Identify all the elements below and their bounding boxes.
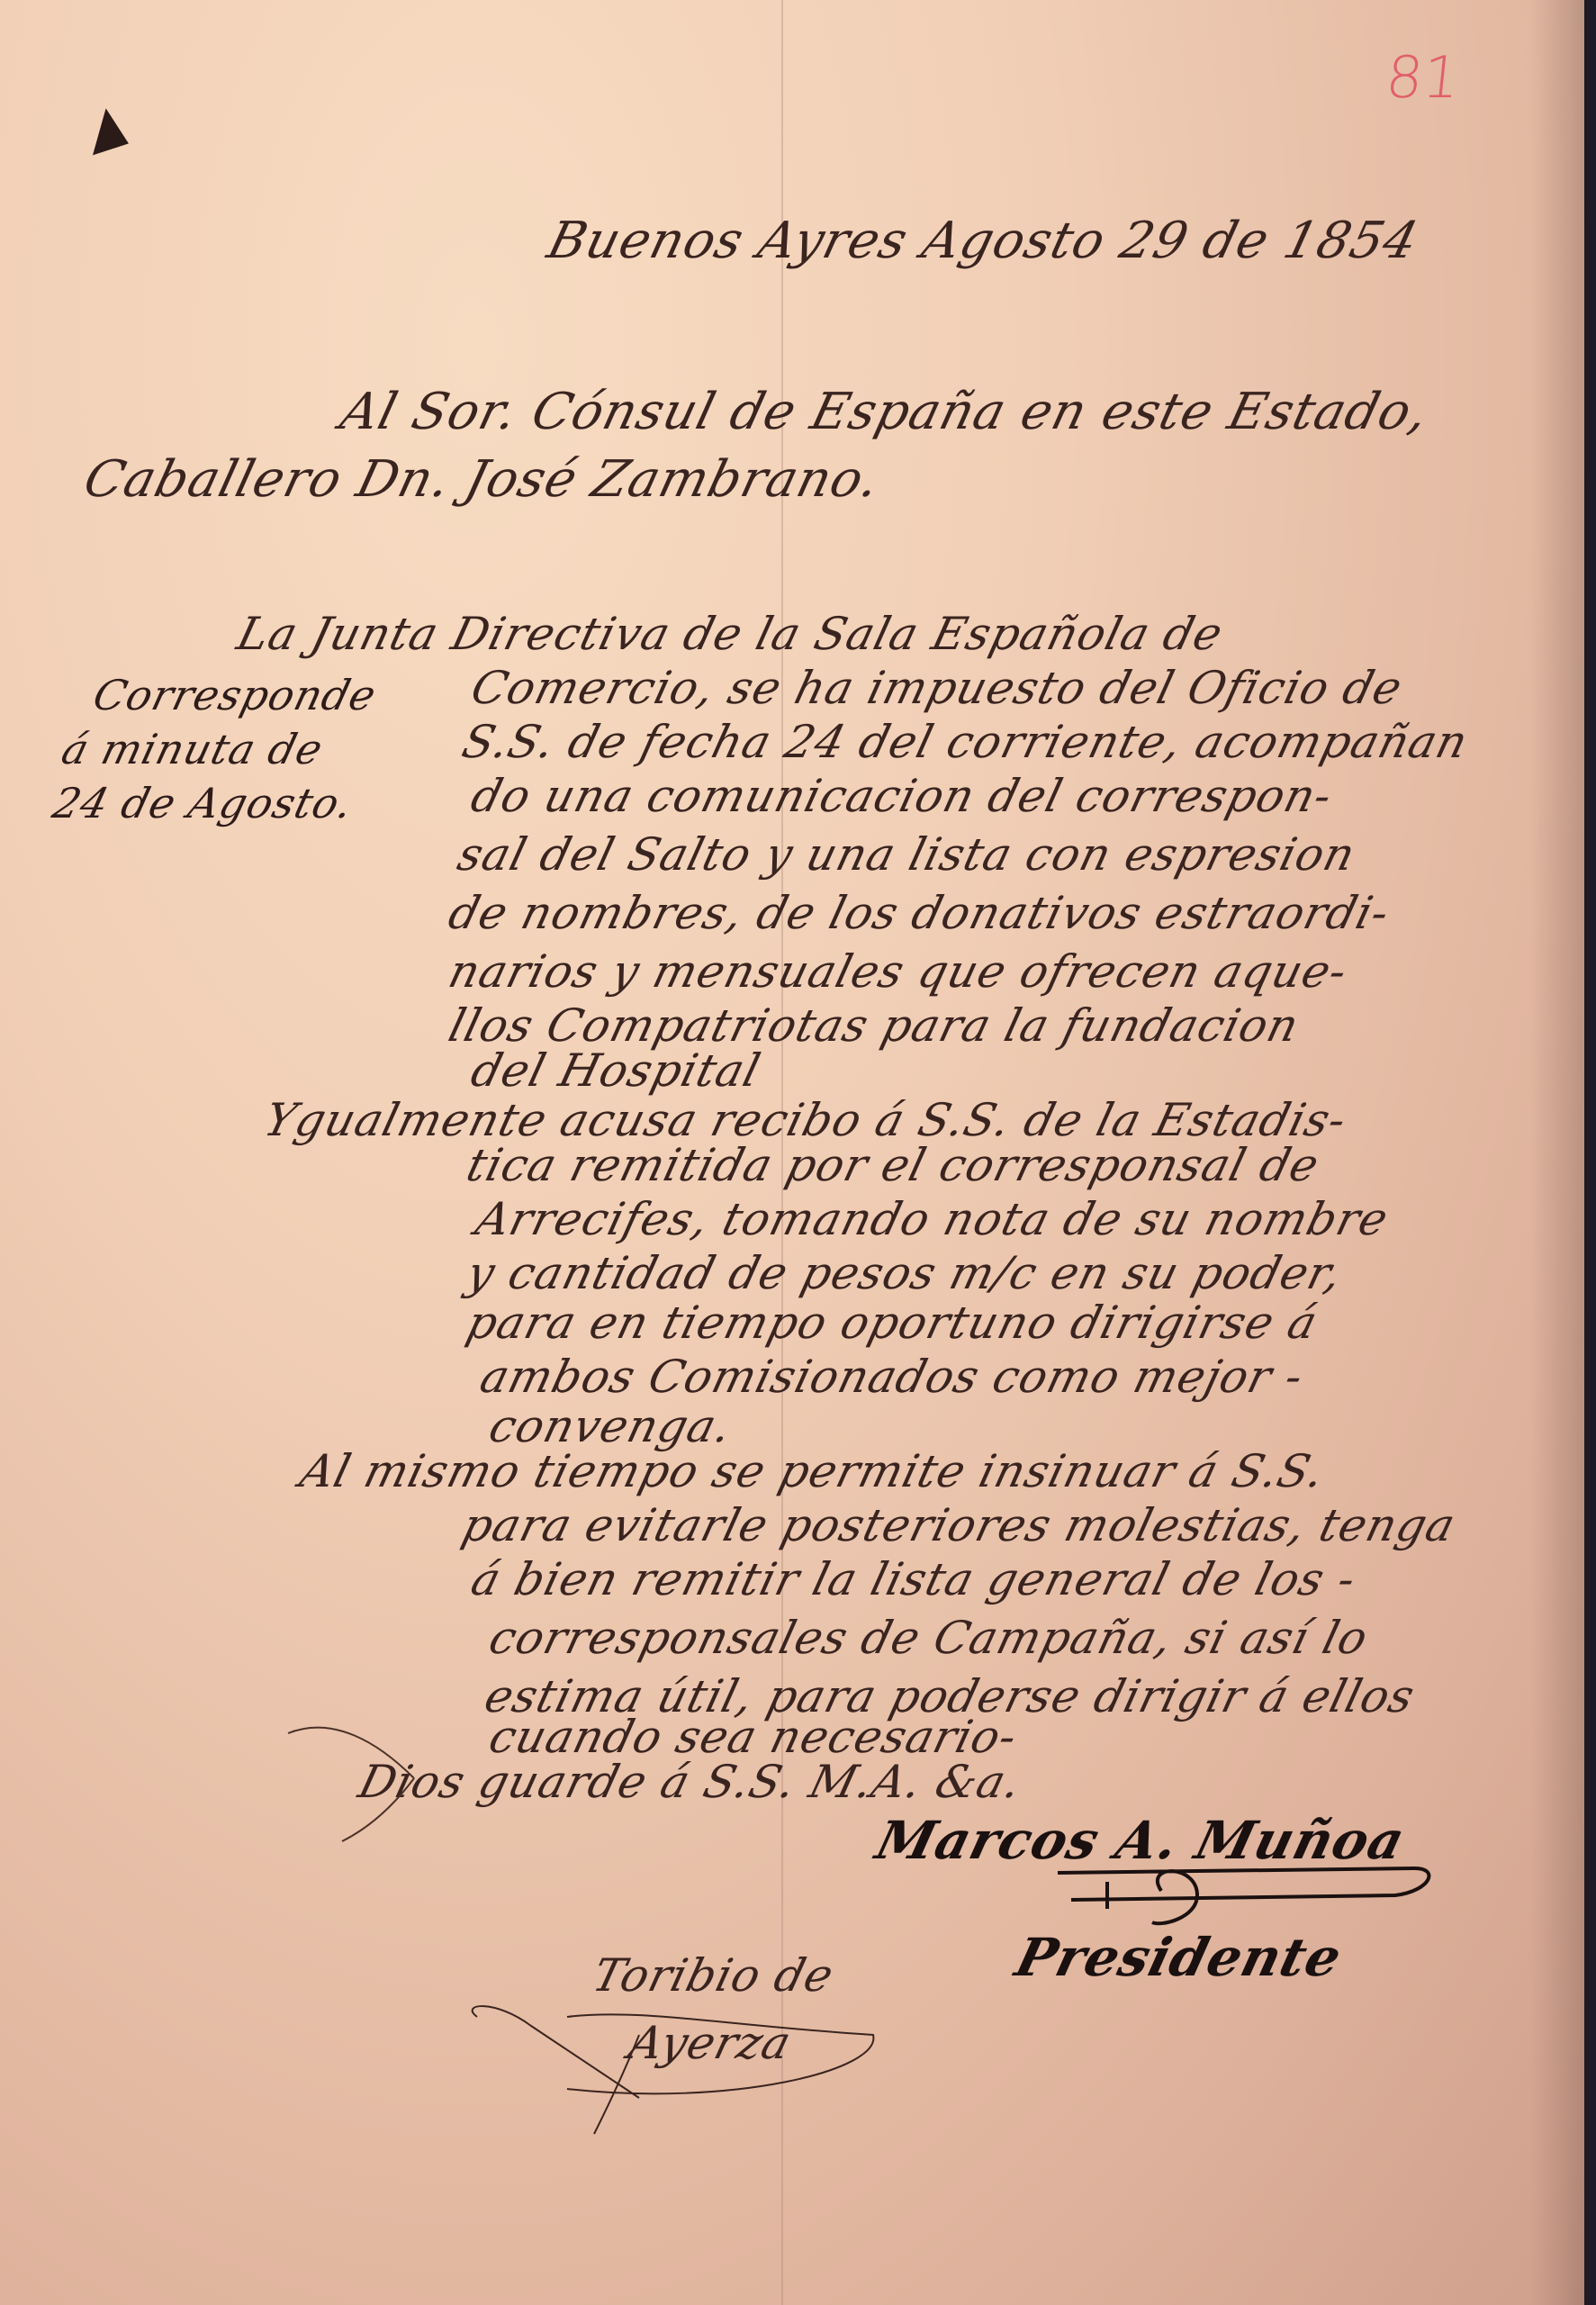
signature-rubric-icon bbox=[1053, 1855, 1449, 1936]
folio-number: 81 bbox=[1383, 45, 1463, 112]
body-line: do una comunicacion del correspon- bbox=[466, 770, 1338, 822]
place-date: Buenos Ayres Agosto 29 de 1854 bbox=[542, 212, 1424, 270]
signature-title: Presidente bbox=[1010, 1927, 1348, 1988]
body-line: Comercio, se ha impuesto del Oficio de bbox=[466, 662, 1408, 714]
body-line: S.S. de fecha 24 del corriente, acompaña… bbox=[457, 716, 1474, 768]
body-line: de nombres, de los donativos estraordi- bbox=[444, 887, 1395, 939]
body-line: Al mismo tiempo se permite insinuar á S.… bbox=[295, 1445, 1330, 1497]
body-line: Arrecifes, tomando nota de su nombre bbox=[471, 1193, 1394, 1245]
body-line: sal del Salto y una lista con espresion bbox=[453, 828, 1361, 881]
body-line: narios y mensuales que ofrecen aque- bbox=[444, 945, 1353, 998]
countersign-flourish-icon bbox=[459, 1999, 891, 2143]
addressee-line-2: Caballero Dn. José Zambrano. bbox=[78, 450, 886, 509]
body-line: ambos Comisionados como mejor - bbox=[475, 1351, 1309, 1403]
margin-note-line-1: Corresponde bbox=[88, 671, 382, 719]
letter-page: 81 Buenos Ayres Agosto 29 de 1854 Al Sor… bbox=[0, 0, 1584, 2305]
body-line: La Junta Directiva de la Sala Española d… bbox=[232, 608, 1229, 660]
margin-note-line-2: á minuta de bbox=[57, 725, 328, 773]
body-line: y cantidad de pesos m/c en su poder, bbox=[462, 1247, 1348, 1299]
background-edge bbox=[1584, 0, 1596, 2305]
paper-hole bbox=[80, 105, 129, 156]
body-line: tica remitida por el corresponsal de bbox=[462, 1139, 1325, 1191]
countersign-line-1: Toribio de bbox=[588, 1949, 840, 2002]
addressee-line-1: Al Sor. Cónsul de España en este Estado, bbox=[335, 383, 1435, 441]
body-line: á bien remitir la lista general de los - bbox=[466, 1553, 1362, 1605]
body-line: del Hospital bbox=[466, 1044, 766, 1097]
body-line: para en tiempo oportuno dirigirse á bbox=[462, 1297, 1323, 1349]
body-line: para evitarle posteriores molestias, ten… bbox=[457, 1499, 1461, 1551]
margin-note-line-3: 24 de Agosto. bbox=[48, 779, 358, 827]
closing-flourish-icon bbox=[279, 1715, 495, 1850]
body-line: corresponsales de Campaña, si así lo bbox=[484, 1612, 1374, 1664]
